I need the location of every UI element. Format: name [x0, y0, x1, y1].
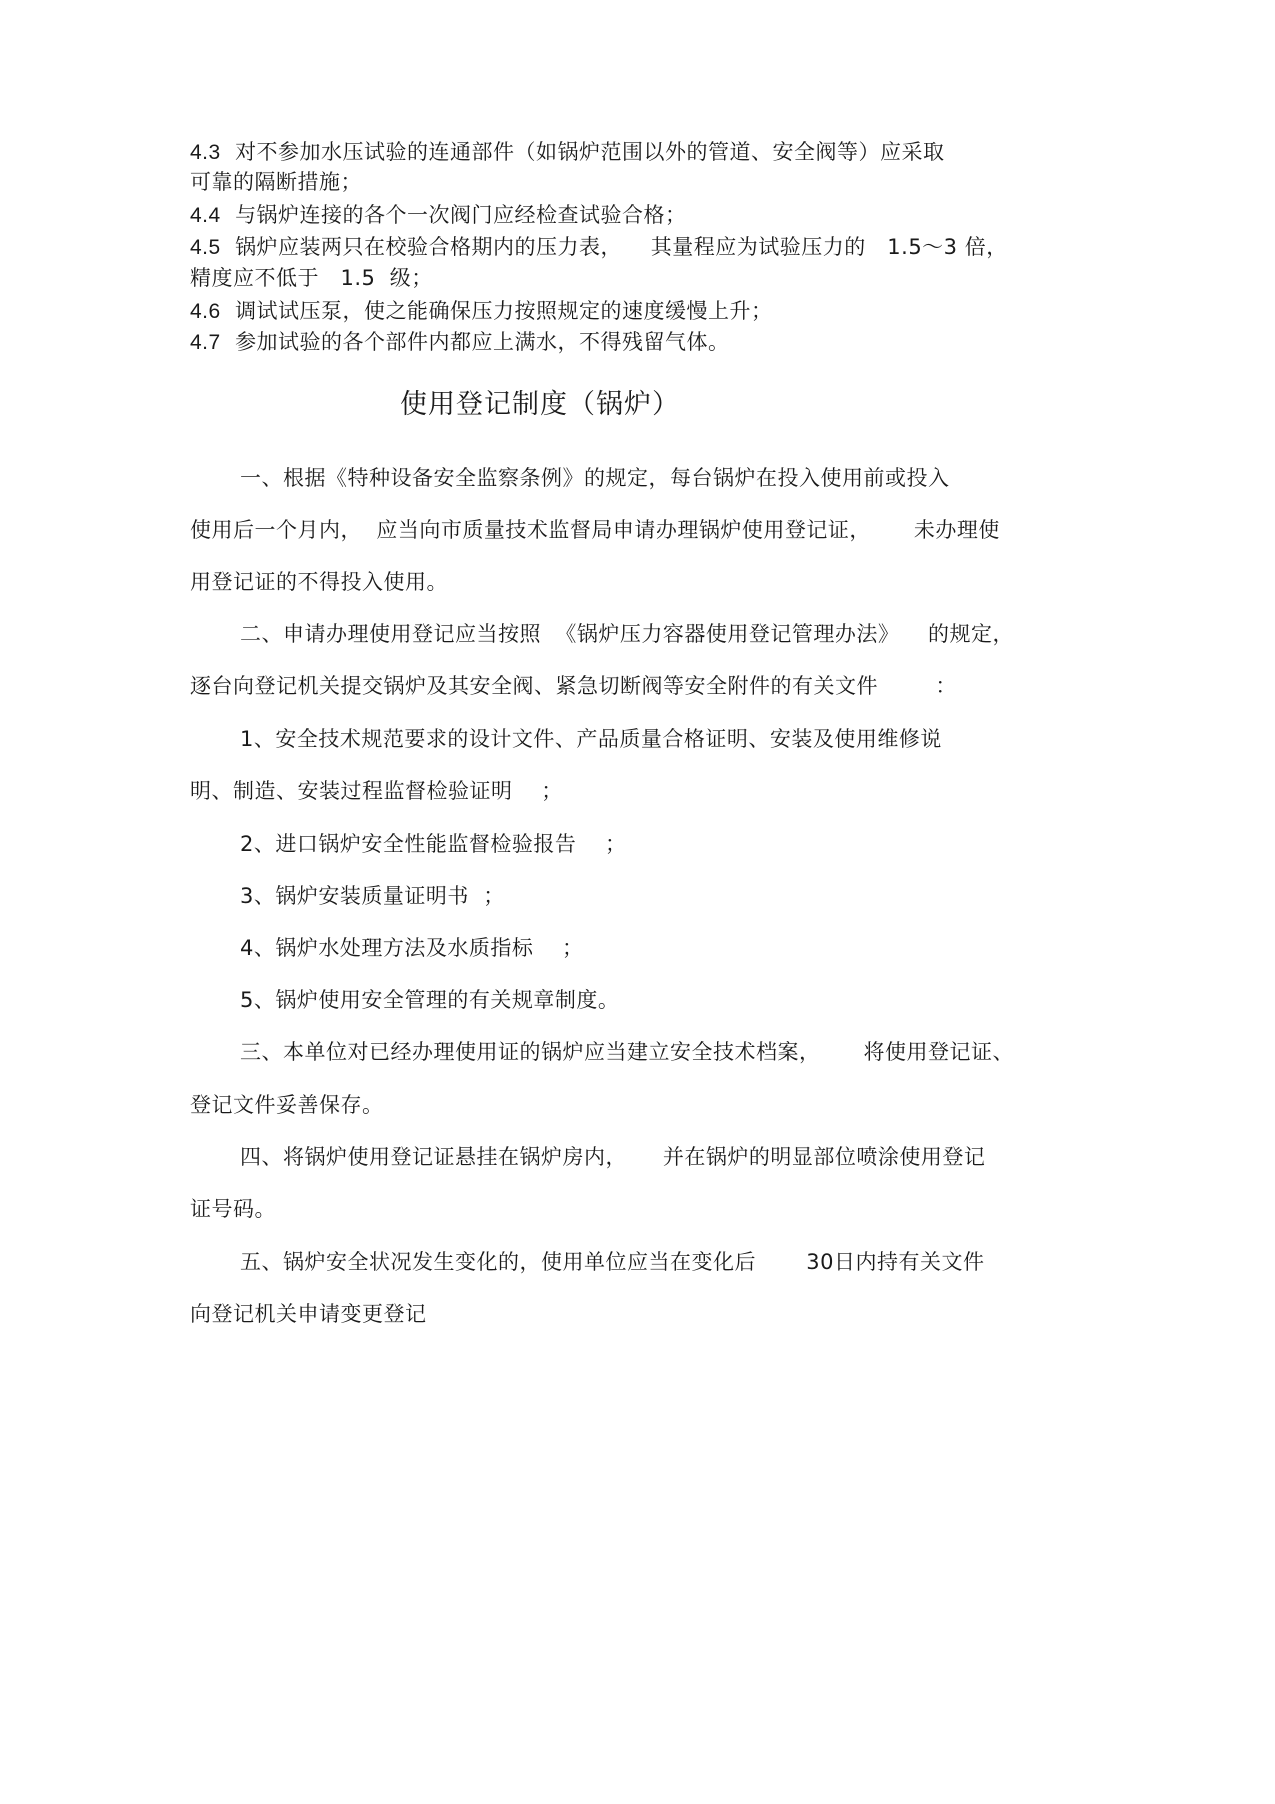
paragraph-5-line-1: 五、锅炉安全状况发生变化的，使用单位应当在变化后 30日内持有关文件	[240, 1249, 984, 1275]
paragraph-2-line-1: 二、申请办理使用登记应当按照 《锅炉压力容器使用登记管理办法》 的规定，	[240, 621, 1014, 647]
item-text: 参加试验的各个部件内都应上满水，不得残留气体。	[235, 330, 730, 354]
item-number: 4.6	[190, 300, 221, 323]
item-4-6: 4.6 调试试压泵，使之能确保压力按照规定的速度缓慢上升；	[190, 298, 773, 325]
list-item-1-line-2: 明、制造、安装过程监督检验证明 ；	[190, 778, 563, 804]
item-4-3-line-2: 可靠的隔断措施；	[190, 169, 362, 195]
item-number: 4.7	[190, 331, 221, 354]
item-number: 4.5	[190, 236, 221, 259]
item-text: 锅炉应装两只在校验合格期内的压力表， 其量程应为试验压力的 1.5～3 倍，	[235, 235, 1008, 259]
item-4-5-line-1: 4.5 锅炉应装两只在校验合格期内的压力表， 其量程应为试验压力的 1.5～3 …	[190, 234, 1008, 261]
item-text: 对不参加水压试验的连通部件（如锅炉范围以外的管道、安全阀等）应采取	[235, 140, 945, 164]
paragraph-4-line-1: 四、将锅炉使用登记证悬挂在锅炉房内， 并在锅炉的明显部位喷涂使用登记	[240, 1144, 985, 1170]
paragraph-1-line-2: 使用后一个月内， 应当向市质量技术监督局申请办理锅炉使用登记证， 未办理使	[190, 517, 1000, 543]
document-page: 4.3 对不参加水压试验的连通部件（如锅炉范围以外的管道、安全阀等）应采取 可靠…	[0, 0, 1275, 1804]
list-item-2: 2、进口锅炉安全性能监督检验报告 ；	[240, 831, 627, 857]
paragraph-1-line-3: 用登记证的不得投入使用。	[190, 569, 448, 595]
list-item-5: 5、锅炉使用安全管理的有关规章制度。	[240, 987, 619, 1013]
paragraph-5-line-2: 向登记机关申请变更登记	[190, 1301, 427, 1327]
paragraph-2-line-2: 逐台向登记机关提交锅炉及其安全阀、紧急切断阀等安全附件的有关文件 ：	[190, 673, 957, 699]
paragraph-1-line-1: 一、根据《特种设备安全监察条例》的规定，每台锅炉在投入使用前或投入	[240, 465, 950, 491]
item-number: 4.3	[190, 141, 221, 164]
item-text: 调试试压泵，使之能确保压力按照规定的速度缓慢上升；	[235, 299, 773, 323]
list-item-3: 3、锅炉安装质量证明书 ；	[240, 883, 505, 909]
section-title: 使用登记制度（锅炉）	[0, 388, 1080, 422]
list-item-1-line-1: 1、安全技术规范要求的设计文件、产品质量合格证明、安装及使用维修说	[240, 726, 942, 752]
item-4-3-line-1: 4.3 对不参加水压试验的连通部件（如锅炉范围以外的管道、安全阀等）应采取	[190, 139, 945, 166]
list-item-4: 4、锅炉水处理方法及水质指标 ；	[240, 935, 584, 961]
item-4-5-line-2: 精度应不低于 1.5 级；	[190, 265, 433, 291]
paragraph-4-line-2: 证号码。	[190, 1196, 276, 1222]
item-4-4: 4.4 与锅炉连接的各个一次阀门应经检查试验合格；	[190, 202, 687, 229]
paragraph-3-line-2: 登记文件妥善保存。	[190, 1092, 384, 1118]
item-number: 4.4	[190, 204, 221, 227]
item-text: 与锅炉连接的各个一次阀门应经检查试验合格；	[235, 203, 687, 227]
item-4-7: 4.7 参加试验的各个部件内都应上满水，不得残留气体。	[190, 329, 730, 356]
paragraph-3-line-1: 三、本单位对已经办理使用证的锅炉应当建立安全技术档案， 将使用登记证、	[240, 1039, 1014, 1065]
